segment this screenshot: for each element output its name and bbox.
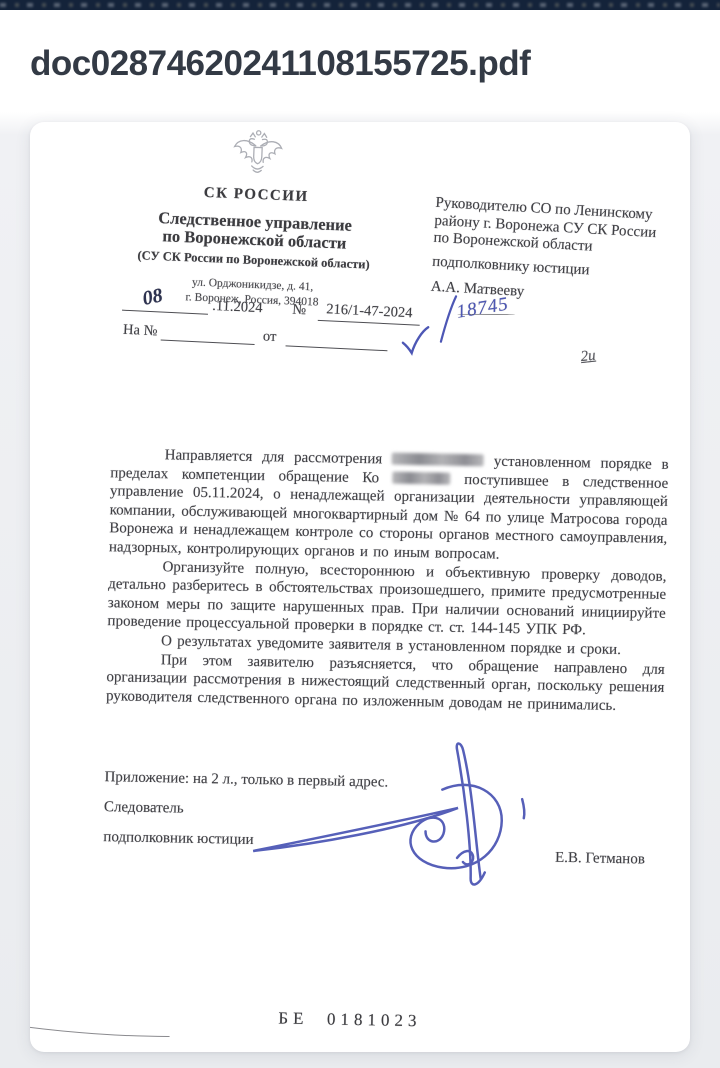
file-header: doc02874620241108155725.pdf — [30, 44, 700, 84]
date-blank-line — [122, 310, 208, 315]
signer-name: Е.В. Гетманов — [555, 850, 645, 869]
signer-role-line2: подполковник юстиции — [103, 829, 254, 849]
scanned-letter: СК РОССИИ Следственное управление по Вор… — [30, 122, 690, 1052]
paragraph-4: При этом заявителю разъясняется, что обр… — [106, 650, 665, 716]
paragraph-2: Организуйте полную, всестороннюю и объек… — [107, 557, 666, 642]
cropped-banner-image — [0, 0, 720, 10]
reply-from-label: от — [263, 328, 277, 346]
number-label: № — [292, 302, 307, 320]
filename-title: doc02874620241108155725.pdf — [30, 44, 700, 84]
signature-icon — [244, 732, 567, 898]
date-suffix: .11.2024 — [212, 298, 263, 317]
paragraph-1: Направляется для рассмотрения установлен… — [109, 445, 669, 567]
coat-of-arms-icon — [231, 127, 285, 181]
scan-scratch-line — [30, 1021, 174, 1040]
reply-prefix: На № — [123, 322, 158, 341]
handwritten-margin-note: 2u — [580, 348, 597, 366]
reply-number-blank — [161, 340, 255, 345]
letterhead: СК РОССИИ Следственное управление по Вор… — [87, 122, 424, 315]
document-page[interactable]: СК РОССИИ Следственное управление по Вор… — [30, 122, 690, 1052]
letter-body: Направляется для рассмотрения установлен… — [106, 445, 669, 716]
org-short-name: СК РОССИИ — [91, 180, 421, 210]
signer-role-line1: Следователь — [104, 799, 184, 818]
reply-date-blank — [286, 345, 388, 351]
blurred-redaction — [392, 453, 484, 467]
outgoing-number: 216/1-47-2024 — [318, 301, 421, 326]
blurred-redaction — [393, 471, 451, 484]
checkmark-icon — [399, 325, 432, 358]
handwritten-day: 08 — [141, 284, 165, 310]
